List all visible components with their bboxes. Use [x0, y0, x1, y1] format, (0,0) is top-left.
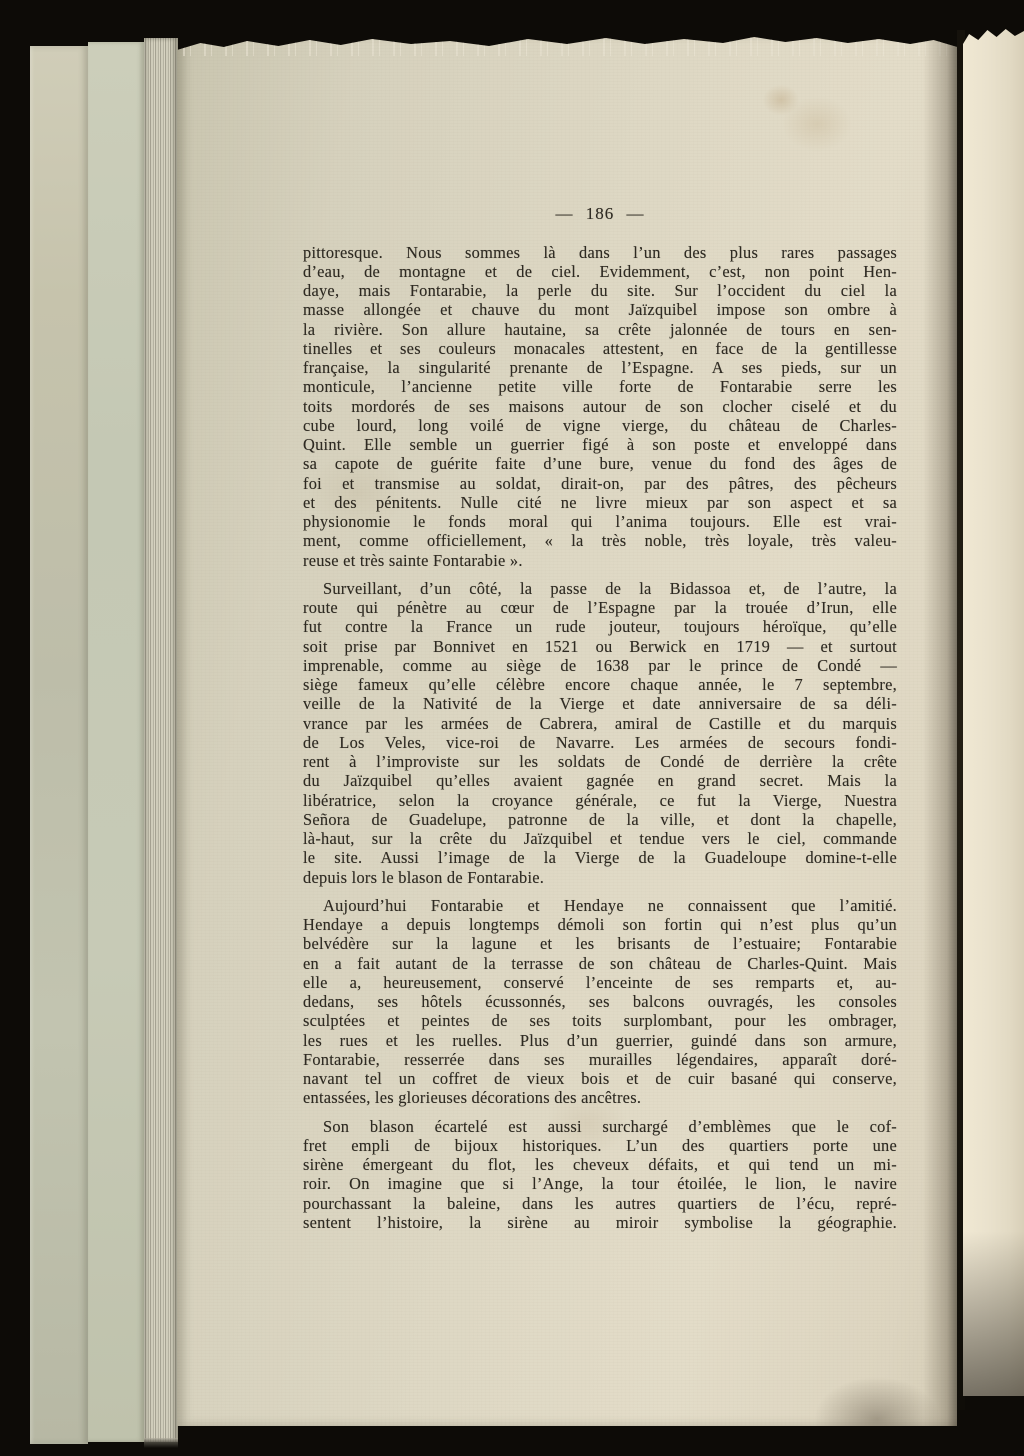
text-line: physionomie le fonds moral qui l’anima t… — [303, 512, 897, 531]
page-number: — 186 — — [303, 204, 897, 223]
text-line: Señora de Guadelupe, patronne de la vill… — [303, 810, 897, 829]
text-line: les rues et les ruelles. Plus d’un guerr… — [303, 1031, 897, 1050]
text-line: sculptées et peintes de ses toits surplo… — [303, 1011, 897, 1030]
text-line: Quint. Elle semble un guerrier figé à so… — [303, 435, 897, 454]
text-line: dedans, ses hôtels écussonnés, ses balco… — [303, 992, 897, 1011]
text-line: et des pénitents. Nulle cité ne livre mi… — [303, 493, 897, 512]
text-line: Aujourd’hui Fontarabie et Hendaye ne con… — [303, 896, 897, 915]
adjacent-page-sliver — [963, 24, 1024, 1396]
text-line: du Jaïzquibel qu’elles avaient gagnée en… — [303, 771, 897, 790]
text-line: belvédère sur la lagune et les brisants … — [303, 934, 897, 953]
text-line: toits mordorés de ses maisons autour de … — [303, 397, 897, 416]
text-line: reuse et très sainte Fontarabie ». — [303, 551, 897, 570]
text-line: Hendaye a depuis longtemps démoli son fo… — [303, 915, 897, 934]
text-line: imprenable, comme au siège de 1638 par l… — [303, 656, 897, 675]
text-line: route qui pénètre au cœur de l’Espagne p… — [303, 598, 897, 617]
text-line: libératrice, selon la croyance générale,… — [303, 791, 897, 810]
text-line: cube lourd, long voilé de vigne vierge, … — [303, 416, 897, 435]
text-line: française, la singularité prenante de l’… — [303, 358, 897, 377]
text-line: tinelles et ses couleurs monacales attes… — [303, 339, 897, 358]
text-line: de Los Veles, vice-roi de Navarre. Les a… — [303, 733, 897, 752]
text-line: Fontarabie, resserrée dans ses murailles… — [303, 1050, 897, 1069]
book-photograph: { "page": { "page_number": "— 186 —", "l… — [0, 0, 1024, 1456]
text-line: la rivière. Son allure hautaine, sa crêt… — [303, 320, 897, 339]
text-line: d’eau, de montagne et de ciel. Evidemmen… — [303, 262, 897, 281]
text-line: siège fameux qu’elle célèbre encore chaq… — [303, 675, 897, 694]
text-line: masse allongée et chauve du mont Jaïzqui… — [303, 300, 897, 319]
text-column: — 186 — pittoresque. Nous sommes là dans… — [303, 204, 897, 1232]
text-line: roir. On imagine que si l’Ange, la tour … — [303, 1174, 897, 1193]
text-line: sirène émergeant du flot, les cheveux dé… — [303, 1155, 897, 1174]
text-line: fut contre la France un rude jouteur, to… — [303, 617, 897, 636]
text-line: le site. Aussi l’image de la Vierge de l… — [303, 848, 897, 867]
text-line: pittoresque. Nous sommes là dans l’un de… — [303, 243, 897, 262]
text-line: rent à l’improviste sur les soldats de C… — [303, 752, 897, 771]
text-line: vrance par les armées de Cabrera, amiral… — [303, 714, 897, 733]
text-line: foi et transmise au soldat, dirait-on, p… — [303, 474, 897, 493]
text-line: entassées, les glorieuses décorations de… — [303, 1088, 897, 1107]
text-line: Son blason écartelé est aussi surchargé … — [303, 1117, 897, 1136]
page-block-edge — [88, 42, 144, 1442]
text-line: en a fait autant de la terrasse de son c… — [303, 954, 897, 973]
text-line: veille de la Nativité de la Vierge et da… — [303, 694, 897, 713]
text-line: ment, comme officiellement, « la très no… — [303, 531, 897, 550]
text-line: sentent l’histoire, la sirène au miroir … — [303, 1213, 897, 1232]
text-line: elle a, heureusement, conservé l’enceint… — [303, 973, 897, 992]
paragraph: Aujourd’hui Fontarabie et Hendaye ne con… — [303, 896, 897, 1108]
book-page: — 186 — pittoresque. Nous sommes là dans… — [177, 34, 957, 1426]
text-line: daye, mais Fontarabie, la perle du site.… — [303, 281, 897, 300]
text-line: depuis lors le blason de Fontarabie. — [303, 868, 897, 887]
text-line: soit prise par Bonnivet en 1521 ou Berwi… — [303, 637, 897, 656]
page-edges-stack — [144, 38, 178, 1442]
paragraph: Son blason écartelé est aussi surchargé … — [303, 1117, 897, 1233]
text-line: monticule, l’ancienne petite ville forte… — [303, 377, 897, 396]
body-text: pittoresque. Nous sommes là dans l’un de… — [303, 243, 897, 1233]
paragraph: pittoresque. Nous sommes là dans l’un de… — [303, 243, 897, 570]
text-line: Surveillant, d’un côté, la passe de la B… — [303, 579, 897, 598]
text-line: pourchassant la baleine, dans les autres… — [303, 1194, 897, 1213]
text-line: fret empli de bijoux historiques. L’un d… — [303, 1136, 897, 1155]
text-line: navant tel un coffret de vieux bois et d… — [303, 1069, 897, 1088]
book-cover-edge — [30, 46, 88, 1444]
paragraph: Surveillant, d’un côté, la passe de la B… — [303, 579, 897, 887]
text-line: là-haut, sur la crête du Jaïzquibel et t… — [303, 829, 897, 848]
text-line: sa capote de guérite faite d’une bure, v… — [303, 454, 897, 473]
